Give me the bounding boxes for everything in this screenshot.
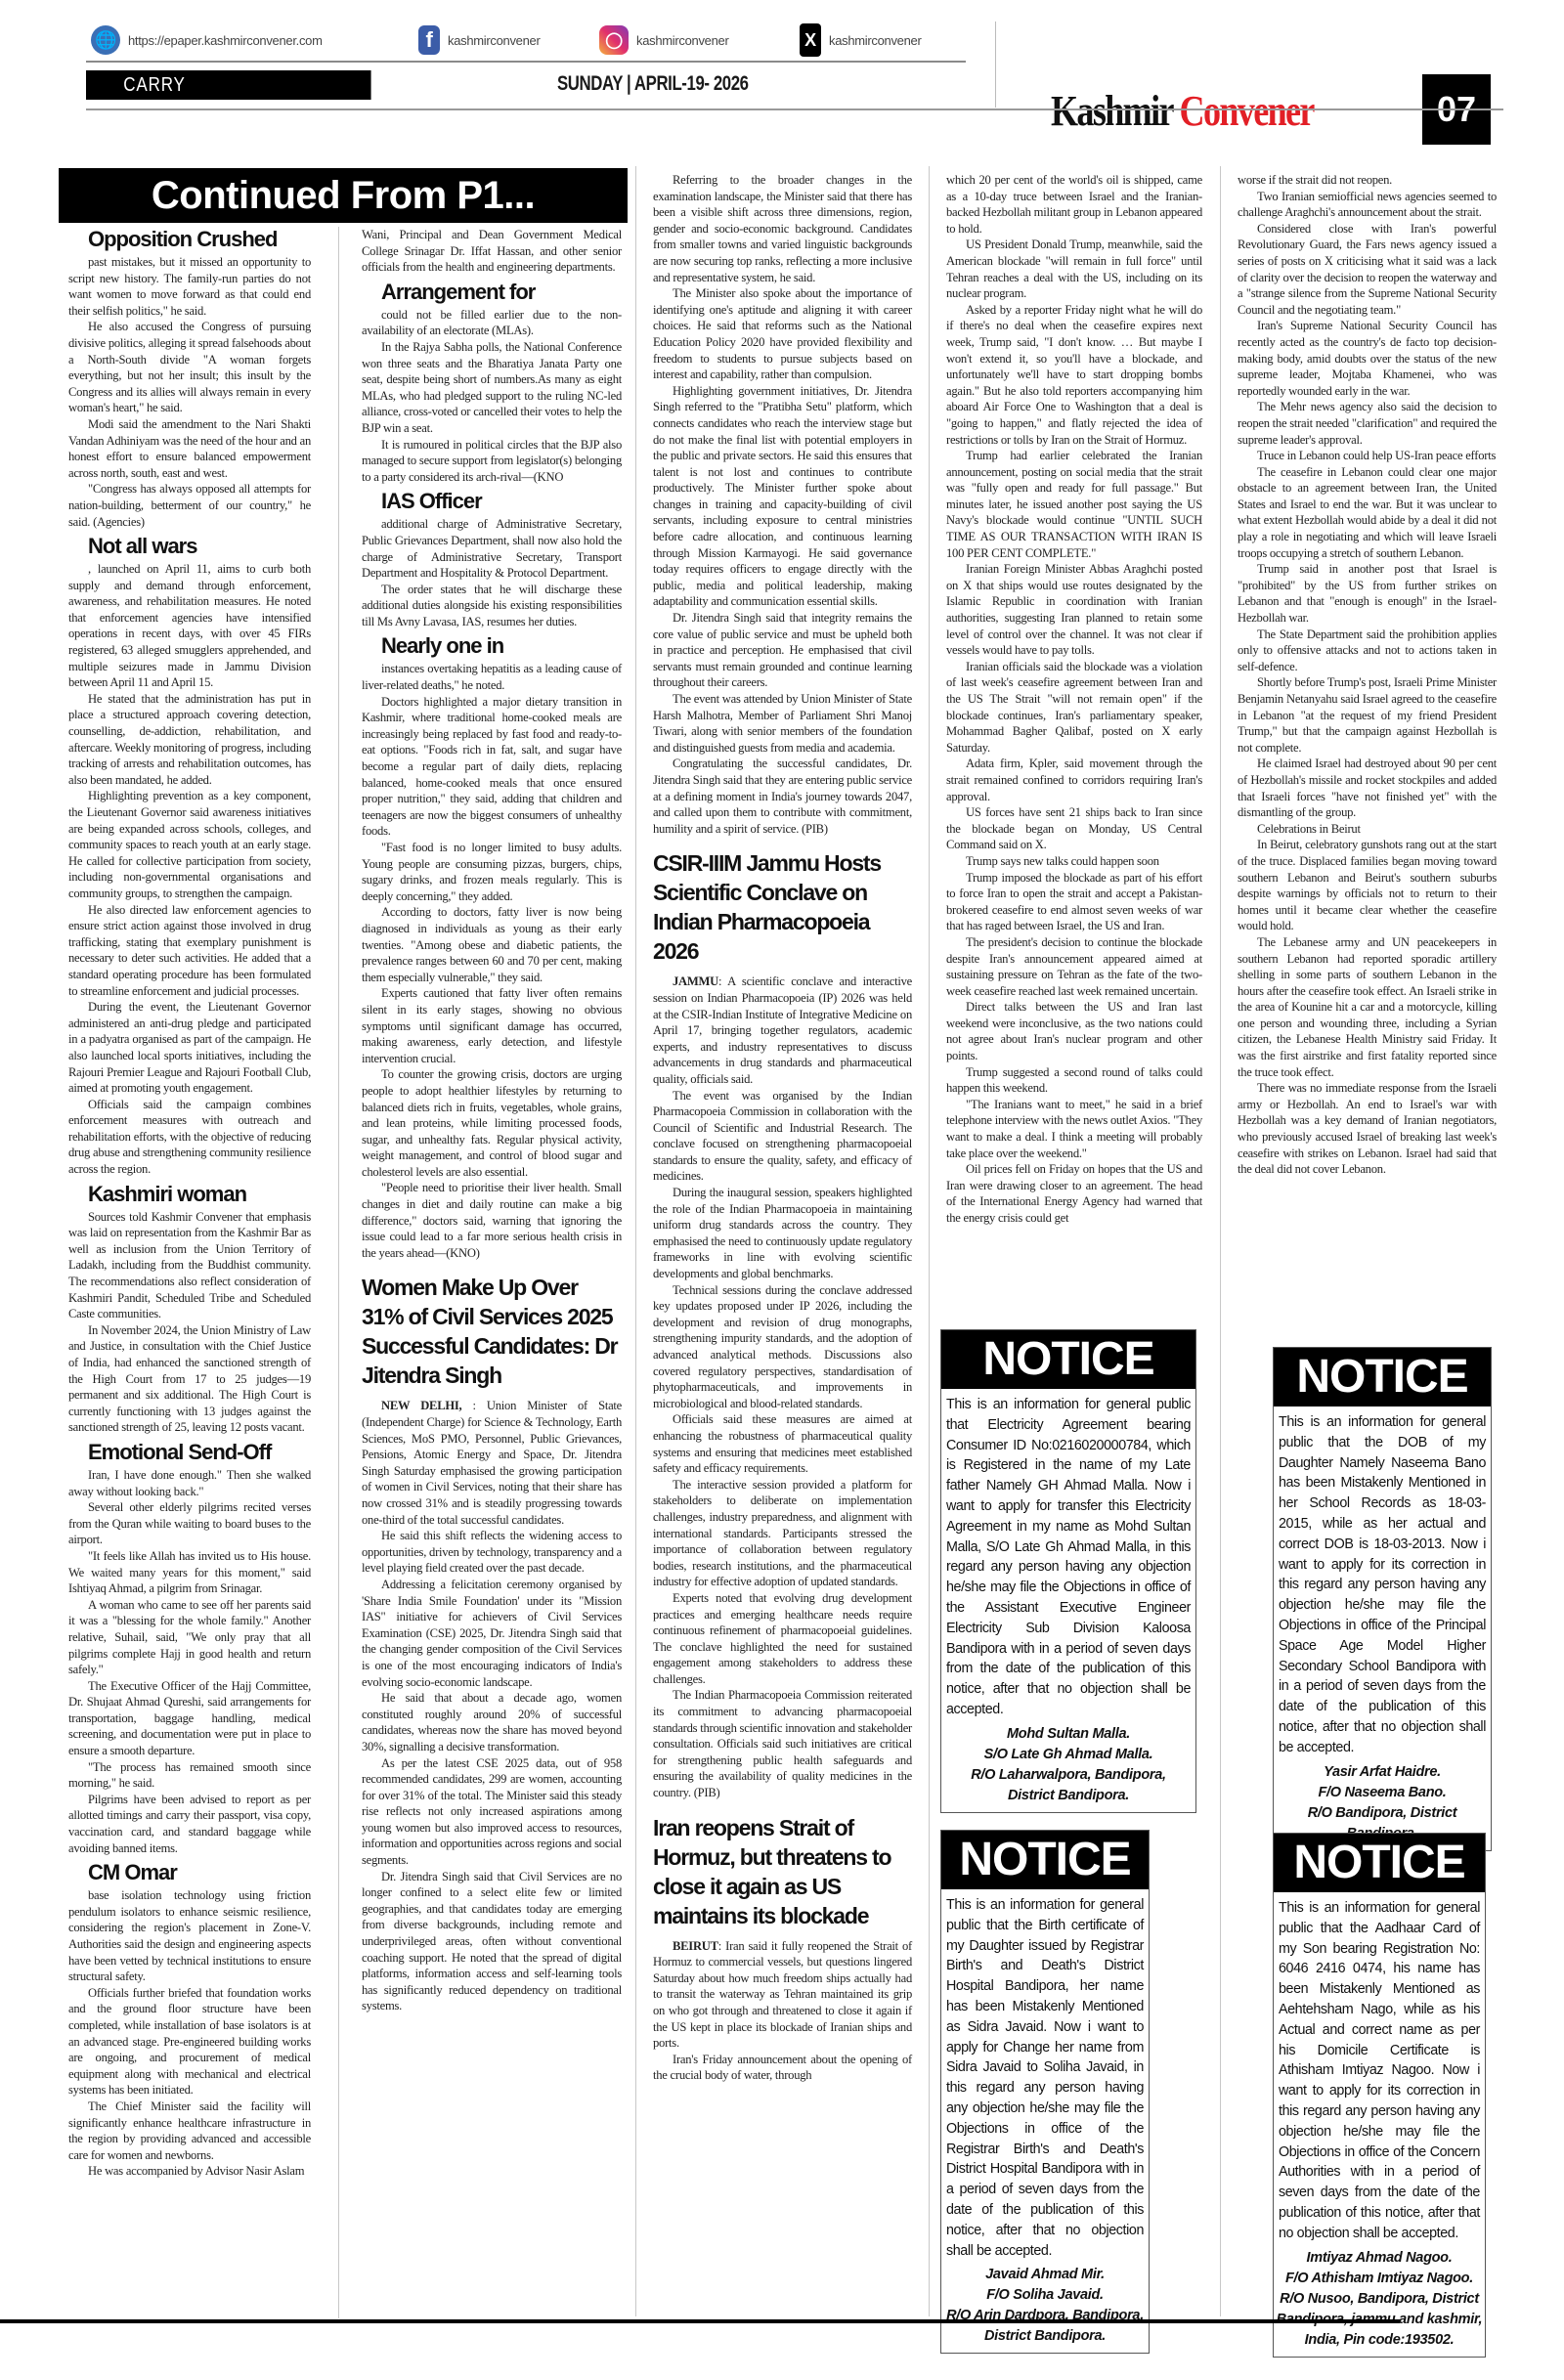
paragraph: The Minister also spoke about the import… <box>653 285 912 383</box>
headline-kashmiri-woman: Kashmiri woman <box>88 1182 311 1207</box>
x-handle: kashmirconvener <box>829 33 922 48</box>
paragraph: Asked by a reporter Friday night what he… <box>946 302 1202 448</box>
paragraph: Iran's Supreme National Security Council… <box>1238 318 1497 399</box>
dateline: SUNDAY | APRIL-19- 2026 <box>557 72 749 96</box>
dateline-new-delhi: NEW DELHI, <box>381 1399 461 1412</box>
paragraph: He said that about a decade ago, women c… <box>362 1690 622 1754</box>
column-divider <box>338 227 339 2318</box>
paragraph: Officials said these measures are aimed … <box>653 1411 912 1476</box>
paragraph: Modi said the amendment to the Nari Shak… <box>68 416 311 481</box>
paragraph: The event was attended by Union Minister… <box>653 691 912 756</box>
instagram-icon: ◯ <box>599 25 629 55</box>
paragraph: "People need to prioritise their liver h… <box>362 1180 622 1261</box>
paragraph: which 20 per cent of the world's oil is … <box>946 172 1202 237</box>
paragraph: "The process has remained smooth since m… <box>68 1759 311 1792</box>
paragraph: He claimed Israel had destroyed about 90… <box>1238 756 1497 820</box>
paragraph: NEW DELHI, : Union Minister of State (In… <box>362 1398 622 1528</box>
paragraph: The Chief Minister said the facility wil… <box>68 2099 311 2163</box>
paragraph: Two Iranian semiofficial news agencies s… <box>1238 189 1497 221</box>
paragraph: US President Donald Trump, meanwhile, sa… <box>946 237 1202 301</box>
paragraph: , launched on April 11, aims to curb bot… <box>68 561 311 691</box>
paragraph: JAMMU: A scientific conclave and interac… <box>653 974 912 1087</box>
paragraph: Dr. Jitendra Singh said that Civil Servi… <box>362 1869 622 2014</box>
notice-signature: Mohd Sultan Malla. S/O Late Gh Ahmad Mal… <box>941 1724 1195 1812</box>
paragraph: A woman who came to see off her parents … <box>68 1597 311 1678</box>
dateline-beirut: BEIRUT <box>673 1939 718 1953</box>
paragraph: Trump said in another post that Israel i… <box>1238 561 1497 626</box>
paragraph: Referring to the broader changes in the … <box>653 172 912 285</box>
paragraph: base isolation technology using friction… <box>68 1887 311 1985</box>
header-rule <box>86 108 1503 110</box>
notice-title: NOTICE <box>1274 1834 1485 1892</box>
paragraph: The event was organised by the Indian Ph… <box>653 1088 912 1186</box>
paragraph: Officials further briefed that foundatio… <box>68 1985 311 2099</box>
column-2: Wani, Principal and Dean Government Medi… <box>362 227 622 2014</box>
paragraph: Iran, I have done enough." Then she walk… <box>68 1467 311 1499</box>
paragraph: "The Iranians want to meet," he said in … <box>946 1097 1202 1161</box>
paragraph: Experts noted that evolving drug develop… <box>653 1590 912 1688</box>
signature-line: District Bandipora. <box>941 2326 1149 2347</box>
paragraph: During the inaugural session, speakers h… <box>653 1185 912 1282</box>
paragraph: He said this shift reflects the widening… <box>362 1528 622 1577</box>
paragraph: To counter the growing crisis, doctors a… <box>362 1066 622 1180</box>
signature-line: R/O Bandipora, District <box>1274 1803 1491 1824</box>
paragraph: US forces have sent 21 ships back to Ira… <box>946 804 1202 853</box>
paragraph: The Mehr news agency also said the decis… <box>1238 399 1497 448</box>
paragraph: Doctors highlighted a major dietary tran… <box>362 694 622 840</box>
headline-not-all-wars: Not all wars <box>88 534 311 559</box>
paragraph: Officials said the campaign combines enf… <box>68 1097 311 1178</box>
paragraph: Iranian officials said the blockade was … <box>946 659 1202 757</box>
paragraph: As per the latest CSE 2025 data, out of … <box>362 1755 622 1869</box>
column-3: Referring to the broader changes in the … <box>653 172 912 2084</box>
paragraph: The Executive Officer of the Hajj Commit… <box>68 1678 311 1759</box>
paragraph: "Fast food is no longer limited to busy … <box>362 840 622 904</box>
signature-line: F/O Athisham Imtiyaz Nagoo. <box>1274 2269 1485 2289</box>
column-divider <box>929 166 930 2316</box>
paragraph-text: : Iran said it fully reopened the Strait… <box>653 1939 912 2051</box>
paragraph: He stated that the administration has pu… <box>68 691 311 789</box>
paragraph: During the event, the Lieutenant Governo… <box>68 999 311 1097</box>
paragraph: Trump imposed the blockade as part of hi… <box>946 870 1202 934</box>
paragraph: Oil prices fell on Friday on hopes that … <box>946 1161 1202 1226</box>
headline-csir-iiim: CSIR-IIIM Jammu Hosts Scientific Conclav… <box>653 848 912 966</box>
paragraph: Sources told Kashmir Convener that empha… <box>68 1209 311 1322</box>
paragraph: worse if the strait did not reopen. <box>1238 172 1497 189</box>
paragraph: He also accused the Congress of pursuing… <box>68 319 311 416</box>
logo-convener: Convener <box>1180 87 1314 135</box>
paragraph: The interactive session provided a platf… <box>653 1477 912 1590</box>
headline-cm-omar: CM Omar <box>88 1860 311 1885</box>
signature-line: R/O Laharwalpora, Bandipora, <box>941 1765 1195 1786</box>
paragraph: Direct talks between the US and Iran las… <box>946 999 1202 1063</box>
paragraph: According to doctors, fatty liver is now… <box>362 904 622 985</box>
signature-line: R/O Nusoo, Bandipora, District Bandipora… <box>1274 2289 1485 2330</box>
notice-dob-correction: NOTICE This is an information for genera… <box>1273 1347 1492 1851</box>
paragraph: In the Rajya Sabha polls, the National C… <box>362 339 622 437</box>
dateline-jammu: JAMMU <box>673 974 718 988</box>
signature-line: Yasir Arfat Haidre. <box>1274 1762 1491 1783</box>
headline-opposition-crushed: Opposition Crushed <box>88 227 311 252</box>
paragraph: "It feels like Allah has invited us to H… <box>68 1548 311 1597</box>
paragraph: could not be filled earlier due to the n… <box>362 307 622 339</box>
instagram-link[interactable]: ◯ kashmirconvener <box>599 25 729 55</box>
signature-line: F/O Soliha Javaid. <box>941 2285 1149 2306</box>
paragraph: The State Department said the prohibitio… <box>1238 627 1497 675</box>
paragraph: Truce in Lebanon could help US-Iran peac… <box>1238 448 1497 464</box>
logo-kashmir: Kashmir <box>1051 87 1172 135</box>
facebook-link[interactable]: f kashmirconvener <box>418 25 541 55</box>
headline-women-civil-services: Women Make Up Over 31% of Civil Services… <box>362 1273 622 1390</box>
notice-body: This is an information for general publi… <box>941 1389 1195 1724</box>
notice-title: NOTICE <box>941 1831 1149 1889</box>
signature-line: District Bandipora. <box>941 1786 1195 1806</box>
notice-aadhaar-correction: NOTICE This is an information for genera… <box>1273 1833 1486 2358</box>
paragraph: Dr. Jitendra Singh said that integrity r… <box>653 610 912 691</box>
paragraph-text: : A scientific conclave and interactive … <box>653 974 912 1086</box>
paragraph: The Indian Pharmacopoeia Commission reit… <box>653 1687 912 1800</box>
paragraph: Technical sessions during the conclave a… <box>653 1282 912 1412</box>
paragraph: BEIRUT: Iran said it fully reopened the … <box>653 1938 912 2052</box>
signature-line: S/O Late Gh Ahmad Malla. <box>941 1745 1195 1765</box>
notice-body: This is an information for general publi… <box>941 1889 1149 2265</box>
signature-line: Imtiyaz Ahmad Nagoo. <box>1274 2248 1485 2269</box>
paragraph: Trump had earlier celebrated the Iranian… <box>946 448 1202 561</box>
paragraph: Considered close with Iran's powerful Re… <box>1238 221 1497 319</box>
website-url: https://epaper.kashmirconvener.com <box>128 33 323 48</box>
signature-line: Javaid Ahmad Mir. <box>941 2265 1149 2285</box>
paragraph: Iranian Foreign Minister Abbas Araghchi … <box>946 561 1202 659</box>
header-divider <box>995 22 996 108</box>
facebook-icon: f <box>418 25 440 55</box>
footer-rule <box>0 2319 1400 2323</box>
signature-line: India, Pin code:193502. <box>1274 2330 1485 2351</box>
paragraph: additional charge of Administrative Secr… <box>362 516 622 581</box>
paragraph: The order states that he will discharge … <box>362 582 622 630</box>
instagram-handle: kashmirconvener <box>636 33 729 48</box>
globe-icon: 🌐 <box>91 25 120 55</box>
paragraph: Celebrations in Beirut <box>1238 821 1497 838</box>
paragraph: Experts cautioned that fatty liver often… <box>362 985 622 1066</box>
notice-birth-certificate: NOTICE This is an information for genera… <box>940 1830 1150 2354</box>
signature-line: F/O Naseema Bano. <box>1274 1783 1491 1803</box>
headline-emotional-send-off: Emotional Send-Off <box>88 1440 311 1465</box>
facebook-handle: kashmirconvener <box>448 33 541 48</box>
notice-title: NOTICE <box>1274 1348 1491 1406</box>
column-divider <box>635 166 636 2316</box>
signature-line: R/O Arin Dardpora, Bandipora, <box>941 2306 1149 2326</box>
notice-electricity-agreement: NOTICE This is an information for genera… <box>940 1329 1196 1813</box>
social-links-bar: 🌐 https://epaper.kashmirconvener.com f k… <box>86 20 966 63</box>
headline-ias-officer: IAS Officer <box>381 489 622 514</box>
notice-title: NOTICE <box>941 1330 1195 1389</box>
column-5: worse if the strait did not reopen. Two … <box>1238 172 1497 1178</box>
paragraph: Pilgrims have been advised to report as … <box>68 1792 311 1856</box>
notice-body: This is an information for general publi… <box>1274 1892 1485 2248</box>
paragraph: The president's decision to continue the… <box>946 934 1202 999</box>
signature-line: Mohd Sultan Malla. <box>941 1724 1195 1745</box>
paragraph: He was accompanied by Advisor Nasir Asla… <box>68 2163 311 2180</box>
column-1: Opposition Crushed past mistakes, but it… <box>68 227 311 2180</box>
paragraph: Highlighting government initiatives, Dr.… <box>653 383 912 610</box>
notice-signature: Imtiyaz Ahmad Nagoo. F/O Athisham Imtiya… <box>1274 2248 1485 2357</box>
paragraph: past mistakes, but it missed an opportun… <box>68 254 311 319</box>
paragraph: In November 2024, the Union Ministry of … <box>68 1322 311 1436</box>
headline-arrangement-for: Arrangement for <box>381 280 622 305</box>
section-label: CARRY <box>86 70 371 100</box>
paragraph: Shortly before Trump's post, Israeli Pri… <box>1238 674 1497 756</box>
paragraph-text: : Union Minister of State (Independent C… <box>362 1399 622 1526</box>
paragraph: In Beirut, celebratory gunshots rang out… <box>1238 837 1497 934</box>
paragraph: Trump suggested a second round of talks … <box>946 1064 1202 1097</box>
notice-signature: Javaid Ahmad Mir. F/O Soliha Javaid. R/O… <box>941 2265 1149 2353</box>
paragraph: Addressing a felicitation ceremony organ… <box>362 1577 622 1690</box>
paragraph: Iran's Friday announcement about the ope… <box>653 2052 912 2084</box>
headline-iran-reopens-strait: Iran reopens Strait of Hormuz, but threa… <box>653 1813 912 1930</box>
column-divider <box>1220 166 1221 2316</box>
paragraph: Highlighting prevention as a key compone… <box>68 788 311 901</box>
headline-nearly-one-in: Nearly one in <box>381 633 622 659</box>
paragraph: The ceasefire in Lebanon could clear one… <box>1238 464 1497 562</box>
paragraph: He also directed law enforcement agencie… <box>68 902 311 1000</box>
paragraph: It is rumoured in political circles that… <box>362 437 622 486</box>
continued-banner: Continued From P1... <box>59 168 628 223</box>
website-link[interactable]: 🌐 https://epaper.kashmirconvener.com <box>91 25 323 55</box>
paragraph: Several other elderly pilgrims recited v… <box>68 1499 311 1548</box>
x-icon: X <box>800 23 821 57</box>
paragraph: Adata firm, Kpler, said movement through… <box>946 756 1202 804</box>
paragraph: "Congress has always opposed all attempt… <box>68 481 311 530</box>
masthead-logo: Kashmir Convener <box>1051 86 1314 136</box>
paragraph: The Lebanese army and UN peacekeepers in… <box>1238 934 1497 1080</box>
paragraph: Wani, Principal and Dean Government Medi… <box>362 227 622 276</box>
column-4: which 20 per cent of the world's oil is … <box>946 172 1202 1227</box>
paragraph: instances overtaking hepatitis as a lead… <box>362 661 622 693</box>
paragraph: There was no immediate response from the… <box>1238 1080 1497 1178</box>
notice-body: This is an information for general publi… <box>1274 1406 1491 1762</box>
x-link[interactable]: X kashmirconvener <box>800 23 922 57</box>
paragraph: Trump says new talks could happen soon <box>946 853 1202 870</box>
paragraph: Congratulating the successful candidates… <box>653 756 912 837</box>
